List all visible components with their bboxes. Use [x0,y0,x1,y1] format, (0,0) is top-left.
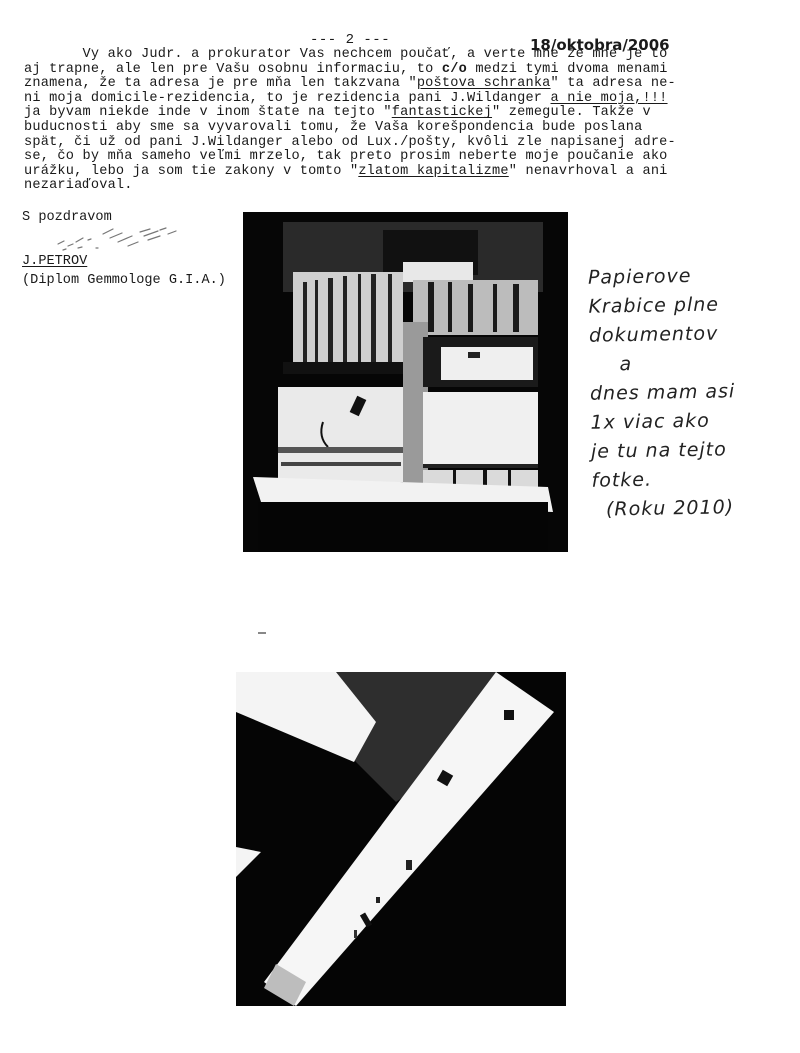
text-segment: " nenavrhoval a ani [509,164,668,179]
letter-line: Vy ako Judr. a prokurator Vas nechcem po… [24,48,724,63]
letter-line: spät, či už od pani J.Wildanger alebo od… [24,136,724,151]
underlined-phrase: fantastickej [392,105,492,120]
scan-speck [258,632,266,634]
letter-line: nezariaďoval. [24,179,724,194]
text-segment: znamena, že ta adresa je pre mňa len tak… [24,76,417,91]
text-segment: buducnosti aby sme sa vyvarovali tomu, ž… [24,120,642,135]
text-segment: urážku, lebo ja som tie zakony v tomto " [24,164,358,179]
underlined-phrase: poštova schranka [417,76,551,91]
text-segment: Vy ako Judr. a prokurator Vas nechcem po… [24,47,668,62]
bold-phrase: c/o [442,62,467,77]
signer-name: J.PETROV [22,254,87,269]
handwritten-line: fotke. [591,463,791,495]
text-segment: ni moja domicile-rezidencia, to je rezid… [24,91,551,106]
photo-document-boxes [243,212,568,552]
underlined-phrase: a nie moja,!!! [551,91,668,106]
text-segment: ja byvam niekde inde v inom štate na tej… [24,105,392,120]
letter-body: Vy ako Judr. a prokurator Vas nechcem po… [24,48,724,194]
handwritten-line: Papierove [588,260,788,292]
letter-line: buducnosti aby sme sa vyvarovali tomu, ž… [24,121,724,136]
underlined-phrase: zlatom kapitalizme [358,164,508,179]
text-segment: medzi tymi dvoma menami [467,62,668,77]
handwritten-line: dokumentov [589,318,789,350]
letter-line: ja byvam niekde inde v inom štate na tej… [24,106,724,121]
letter-line: urážku, lebo ja som tie zakony v tomto "… [24,165,724,180]
handwritten-note: Papierove Krabice plne dokumentov a dnes… [588,260,793,524]
letter-line: se, čo by mňa sameho veľmi mrzelo, tak p… [24,150,724,165]
photo-label-strip [236,672,566,1006]
text-segment: " ta adresa ne- [551,76,676,91]
text-segment: spät, či už od pani J.Wildanger alebo od… [24,135,676,150]
handwritten-line: 1x viac ako [590,405,790,437]
letter-line: znamena, že ta adresa je pre mňa len tak… [24,77,724,92]
signature-scribble [48,222,188,252]
handwritten-line: Krabice plne [588,289,788,321]
text-segment: nezariaďoval. [24,178,133,193]
page-number: --- 2 --- [310,32,390,48]
text-segment: " zemegule. Takže v [492,105,651,120]
handwritten-line: (Roku 2010) [592,492,792,524]
handwritten-line: a [589,347,789,379]
text-segment: aj trapne, ale len pre Vašu osobnu infor… [24,62,442,77]
handwritten-line: dnes mam asi [590,376,790,408]
text-segment: se, čo by mňa sameho veľmi mrzelo, tak p… [24,149,668,164]
letter-line: aj trapne, ale len pre Vašu osobnu infor… [24,63,724,78]
signer-title: (Diplom Gemmologe G.I.A.) [22,273,226,288]
handwritten-line: je tu na tejto [591,434,791,466]
letter-line: ni moja domicile-rezidencia, to je rezid… [24,92,724,107]
